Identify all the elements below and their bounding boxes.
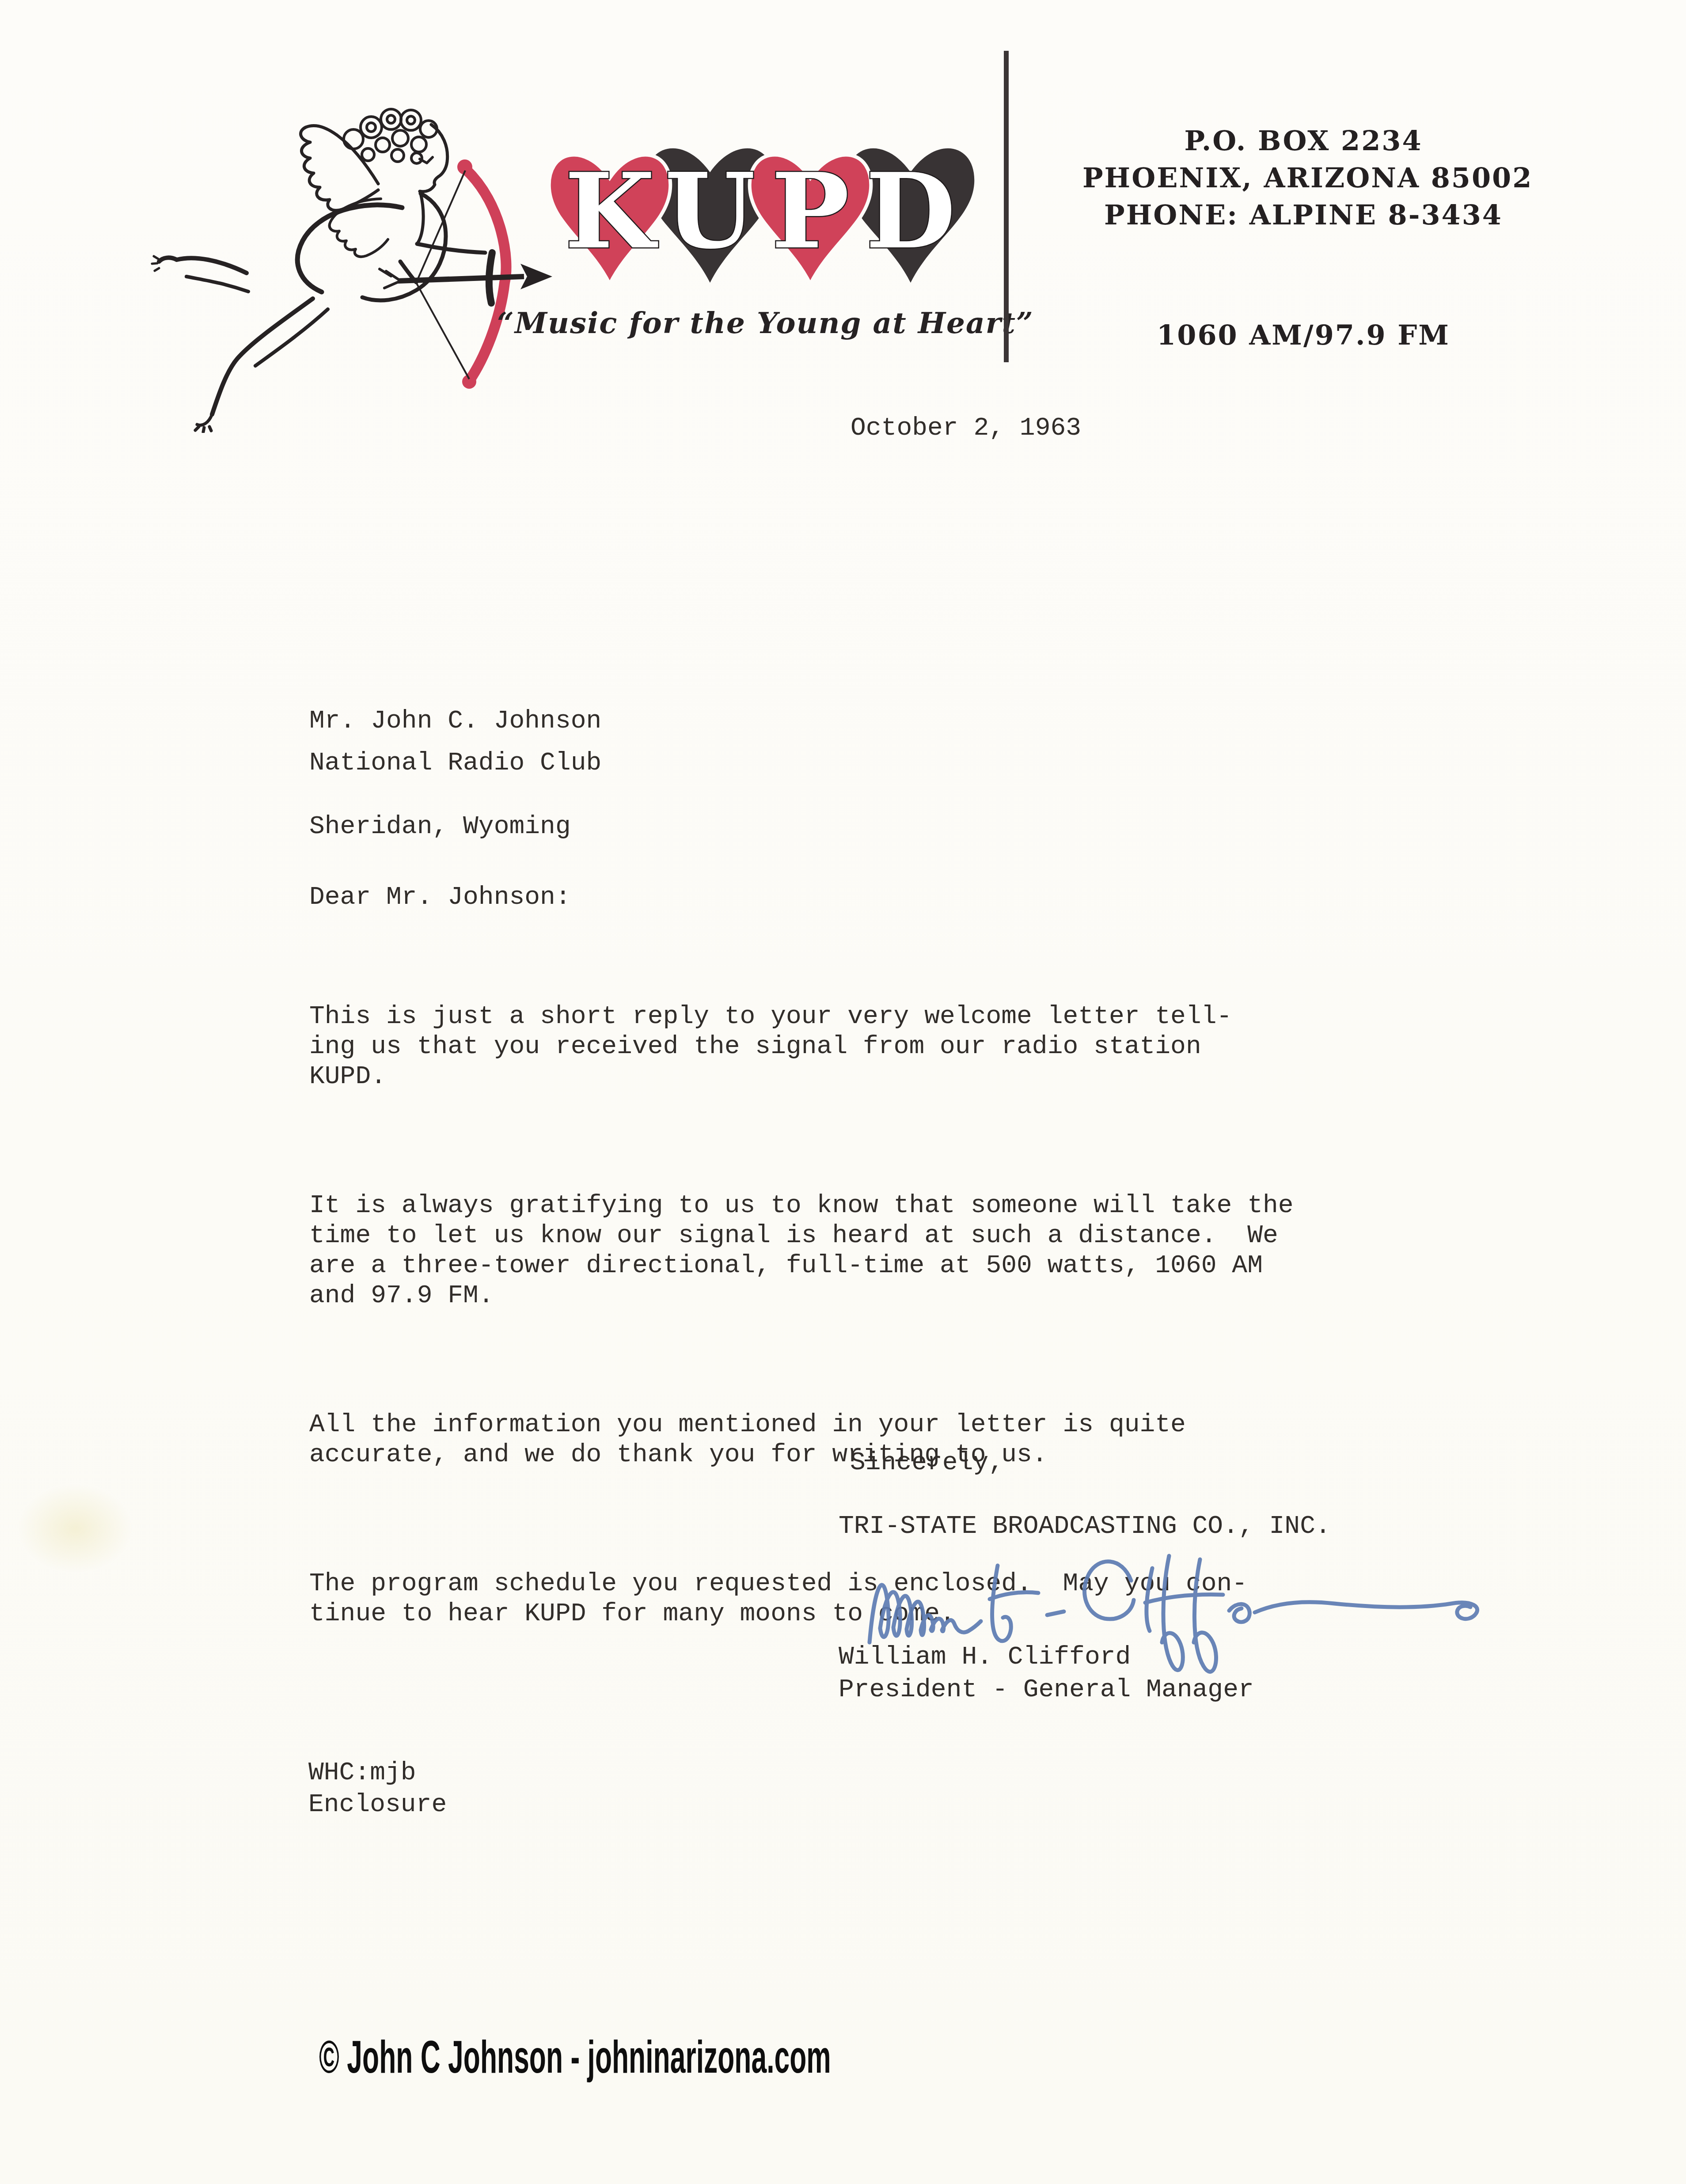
enclosure-line: Enclosure [308, 1790, 447, 1820]
letter-paragraph-3: All the information you mentioned in you… [309, 1410, 1370, 1470]
scanned-letter-page: K U P D “Music for the Young at Heart” P… [0, 0, 1686, 2184]
cupid-upper-wing [301, 126, 378, 211]
phone-line: PHONE: ALPINE 8-3434 [1082, 199, 1524, 231]
station-letter-p: P [771, 150, 850, 272]
reference-line: WHC:mjb [308, 1758, 416, 1788]
letter-paragraph-1: This is just a short reply to your very … [309, 1002, 1370, 1092]
cupid-bow-icon [457, 159, 506, 389]
station-tagline: “Music for the Young at Heart” [497, 306, 957, 340]
contact-block: P.O. BOX 2234 PHOENIX, ARIZONA 85002 PHO… [1082, 0, 1524, 398]
scan-smudge [18, 1484, 133, 1573]
bow-string [416, 171, 469, 379]
station-letter-u: U [665, 150, 756, 272]
letter-paragraph-2: It is always gratifying to us to know th… [309, 1191, 1370, 1311]
letter-body: This is just a short reply to your very … [309, 942, 1370, 1728]
cupid-arm [417, 244, 485, 253]
station-letter-d: D [866, 150, 956, 272]
cupid-logo-illustration [133, 53, 574, 433]
letterhead-divider [1004, 51, 1009, 362]
recipient-block: Mr. John C. Johnson National Radio Club [309, 700, 601, 784]
station-letter-k: K [565, 150, 658, 272]
company-line: TRI-STATE BROADCASTING CO., INC. [839, 1512, 1331, 1542]
signer-title: President - General Manager [839, 1675, 1254, 1705]
closing-line: Sincerely, [850, 1448, 1004, 1478]
date-line: October 2, 1963 [851, 413, 1081, 444]
po-box-line: P.O. BOX 2234 [1082, 125, 1524, 157]
frequency-line: 1060 AM/97.9 FM [1082, 319, 1524, 351]
kupd-hearts-logo: K U P D [539, 140, 981, 291]
copyright-text: © John C Johnson - johninarizona.com [319, 2031, 831, 2084]
salutation-line: Dear Mr. Johnson: [309, 883, 571, 913]
city-state-line: PHOENIX, ARIZONA 85002 [1082, 162, 1524, 194]
copyright-watermark: © John C Johnson - johninarizona.com [319, 2031, 1172, 2084]
recipient-city: Sheridan, Wyoming [309, 812, 571, 842]
letter-paragraph-4: The program schedule you requested is en… [309, 1569, 1370, 1629]
signer-name: William H. Clifford [839, 1642, 1131, 1672]
